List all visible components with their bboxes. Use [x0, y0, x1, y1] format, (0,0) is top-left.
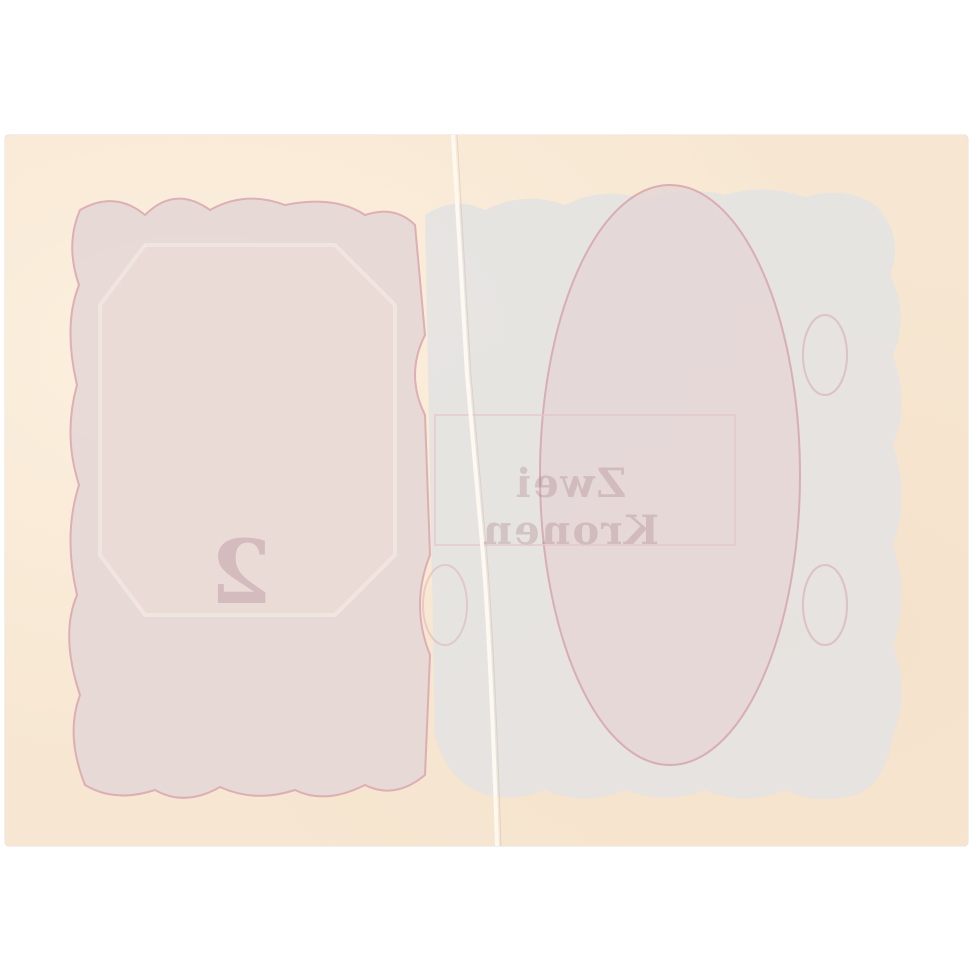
banknote: Zwei Kronen 2 — [5, 135, 968, 846]
denomination-text: Zwei Kronen — [435, 460, 705, 554]
big-numeral: 2 — [210, 520, 271, 624]
